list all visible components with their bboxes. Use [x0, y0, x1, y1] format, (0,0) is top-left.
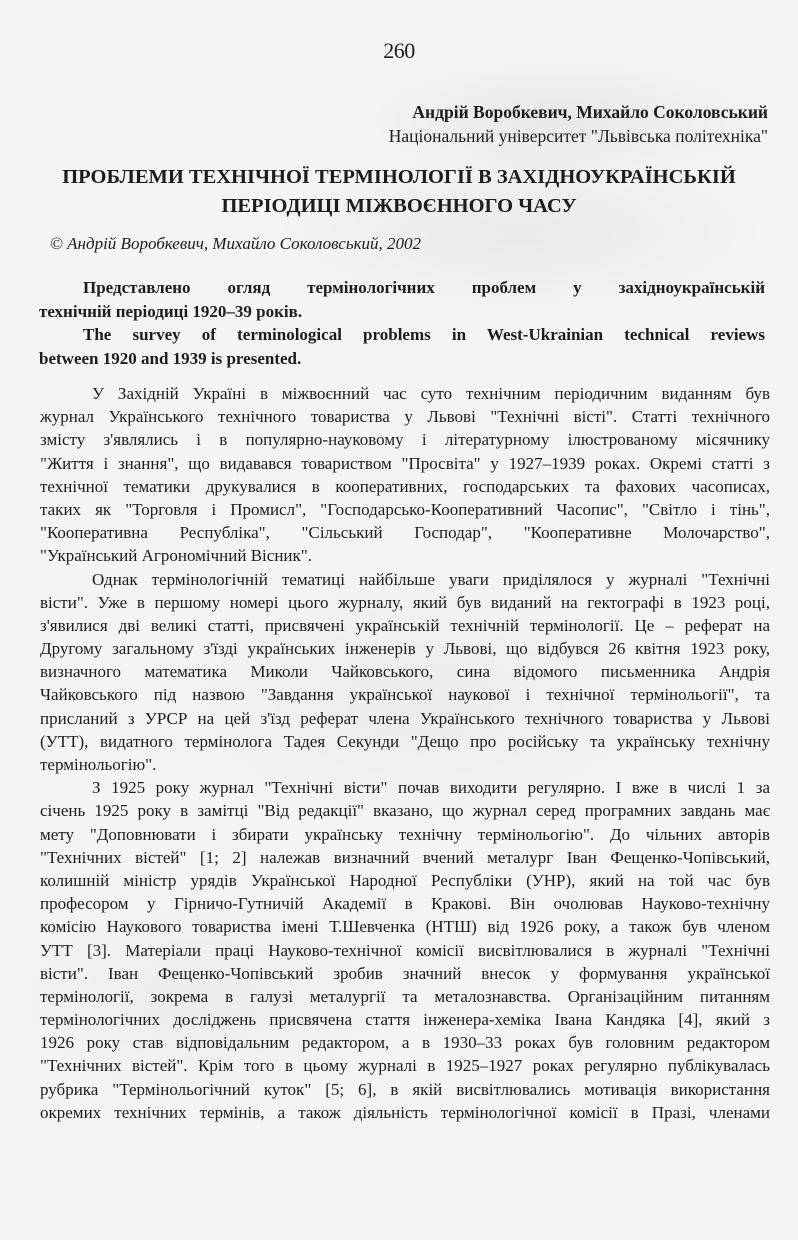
paragraph-line: з'явилися дві великі статті, присвячені …: [40, 614, 770, 637]
paragraph-line: термінологічних досліджень присвячена ст…: [40, 1008, 770, 1031]
paragraph-line: "Український Агрономічний Вісник".: [40, 544, 770, 567]
paragraph-line: таких як "Торговля і Промисл", "Господар…: [40, 498, 770, 521]
paragraph-line: рубрика "Термінольогічний куток" [5; 6],…: [40, 1078, 770, 1101]
paragraph-line: "Життя і знання", що видавався товариств…: [40, 452, 770, 475]
paragraph-line: присланий з УРСР на цей з'їзд реферат чл…: [40, 707, 770, 730]
paragraph-line: УТТ [3]. Матеріали праці Науково-технічн…: [40, 939, 770, 962]
paragraph-line: Чайковського під назвою "Завдання україн…: [40, 683, 770, 706]
abstract-ukrainian-line: технічній періодиці 1920–39 років.: [39, 300, 765, 324]
paragraph-line: колишній міністр урядів Української Наро…: [40, 869, 770, 892]
paragraph-line: мету "Доповнювати і збирати українську т…: [40, 823, 770, 846]
paragraph-line: "Кооперативна Республіка", "Сільський Го…: [40, 521, 770, 544]
title-line: ПЕРІОДИЦІ МІЖВОЄННОГО ЧАСУ: [40, 192, 758, 221]
paragraph-line: визначного математика Миколи Чайковськог…: [40, 660, 770, 683]
paragraph-line: журнал Українського технічного товариств…: [40, 405, 770, 428]
paragraph-line: змісту з'являлись і в популярно-науковом…: [40, 428, 770, 451]
paragraph-line: З 1925 року журнал "Технічні вісти" поча…: [40, 776, 770, 799]
paragraph-line: професором у Гірничо-Гутничій Академії в…: [40, 892, 770, 915]
paragraph: Однак термінологічній тематиці найбільше…: [40, 568, 770, 777]
paragraph-line: 1926 року став відповідальним редактором…: [40, 1031, 770, 1054]
paragraph-line: Однак термінологічній тематиці найбільше…: [40, 568, 770, 591]
paragraph-line: У Західній Україні в міжвоєнний час суто…: [40, 382, 770, 405]
paragraph: З 1925 року журнал "Технічні вісти" поча…: [40, 776, 770, 1124]
abstract: Представлено огляд термінологічних пробл…: [83, 276, 765, 370]
paragraph-line: "Технічних вістей". Крім того в цьому жу…: [40, 1054, 770, 1077]
copyright-notice: © Андрій Воробкевич, Михайло Соколовськи…: [50, 234, 421, 254]
article-title: ПРОБЛЕМИ ТЕХНІЧНОЇ ТЕРМІНОЛОГІЇ В ЗАХІДН…: [40, 163, 758, 221]
paragraph-line: вісти". Іван Фещенко-Чопівський зробив з…: [40, 962, 770, 985]
author-affiliation: Національний університет "Львівська полі…: [389, 126, 768, 147]
paragraph-line: технічної тематики друкувалися в коопера…: [40, 475, 770, 498]
paragraph-line: (УТТ), видатного термінолога Тадея Секун…: [40, 730, 770, 753]
paragraph-line: термінольогію".: [40, 753, 770, 776]
paragraph-line: вісти". Уже в першому номері цього журна…: [40, 591, 770, 614]
paragraph-line: термінології, зокрема в галузі металургі…: [40, 985, 770, 1008]
abstract-english-line: The survey of terminological problems in…: [83, 323, 765, 347]
paragraph: У Західній Україні в міжвоєнний час суто…: [40, 382, 770, 568]
paragraph-line: комісію Наукового товариства імені Т.Шев…: [40, 915, 770, 938]
paragraph-line: Другому загальному з'їзді українських ін…: [40, 637, 770, 660]
title-line: ПРОБЛЕМИ ТЕХНІЧНОЇ ТЕРМІНОЛОГІЇ В ЗАХІДН…: [40, 163, 758, 192]
paragraph-line: окремих технічних термінів, а також діял…: [40, 1101, 770, 1124]
abstract-ukrainian-line: Представлено огляд термінологічних пробл…: [83, 276, 765, 300]
paragraph-line: "Технічних вістей" [1; 2] належав визнач…: [40, 846, 770, 869]
page-number: 260: [0, 38, 798, 64]
abstract-english-line: between 1920 and 1939 is presented.: [39, 347, 765, 371]
article-body: У Західній Україні в міжвоєнний час суто…: [40, 382, 770, 1124]
article-authors: Андрій Воробкевич, Михайло Соколовський: [412, 102, 768, 123]
paragraph-line: січень 1925 року в замітці "Від редакції…: [40, 799, 770, 822]
